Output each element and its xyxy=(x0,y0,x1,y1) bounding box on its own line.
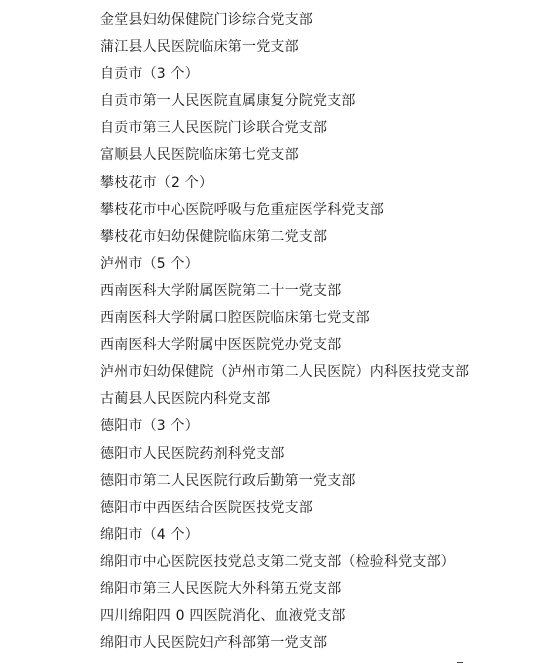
document-body: 金堂县妇幼保健院门诊综合党支部 蒲江县人民医院临床第一党支部 自贡市（3 个） … xyxy=(100,7,540,657)
list-item: 泸州市妇幼保健院（泸州市第二人民医院）内科医技党支部 xyxy=(100,359,540,386)
list-item: 自贡市第三人民医院门诊联合党支部 xyxy=(100,115,540,142)
list-item: 金堂县妇幼保健院门诊综合党支部 xyxy=(100,7,540,34)
list-item: 古蔺县人民医院内科党支部 xyxy=(100,386,540,413)
list-item: 西南医科大学附属口腔医院临床第七党支部 xyxy=(100,305,540,332)
page-mark xyxy=(457,662,463,663)
list-item: 攀枝花市妇幼保健院临床第二党支部 xyxy=(100,224,540,251)
list-item: 攀枝花市中心医院呼吸与危重症医学科党支部 xyxy=(100,197,540,224)
list-item: 西南医科大学附属医院第二十一党支部 xyxy=(100,278,540,305)
list-item: 绵阳市第三人民医院大外科第五党支部 xyxy=(100,576,540,603)
list-item: 四川绵阳四 0 四医院消化、血液党支部 xyxy=(100,603,540,630)
list-item: 德阳市第二人民医院行政后勤第一党支部 xyxy=(100,468,540,495)
city-heading: 自贡市（3 个） xyxy=(100,61,540,88)
city-heading: 绵阳市（4 个） xyxy=(100,522,540,549)
list-item: 西南医科大学附属中医医院党办党支部 xyxy=(100,332,540,359)
list-item: 德阳市中西医结合医院医技党支部 xyxy=(100,495,540,522)
list-item: 富顺县人民医院临床第七党支部 xyxy=(100,142,540,169)
list-item: 绵阳市人民医院妇产科部第一党支部 xyxy=(100,630,540,657)
city-heading: 泸州市（5 个） xyxy=(100,251,540,278)
list-item: 自贡市第一人民医院直属康复分院党支部 xyxy=(100,88,540,115)
city-heading: 攀枝花市（2 个） xyxy=(100,170,540,197)
list-item: 德阳市人民医院药剂科党支部 xyxy=(100,441,540,468)
list-item: 蒲江县人民医院临床第一党支部 xyxy=(100,34,540,61)
city-heading: 德阳市（3 个） xyxy=(100,413,540,440)
list-item: 绵阳市中心医院医技党总支第二党支部（检验科党支部） xyxy=(100,549,540,576)
